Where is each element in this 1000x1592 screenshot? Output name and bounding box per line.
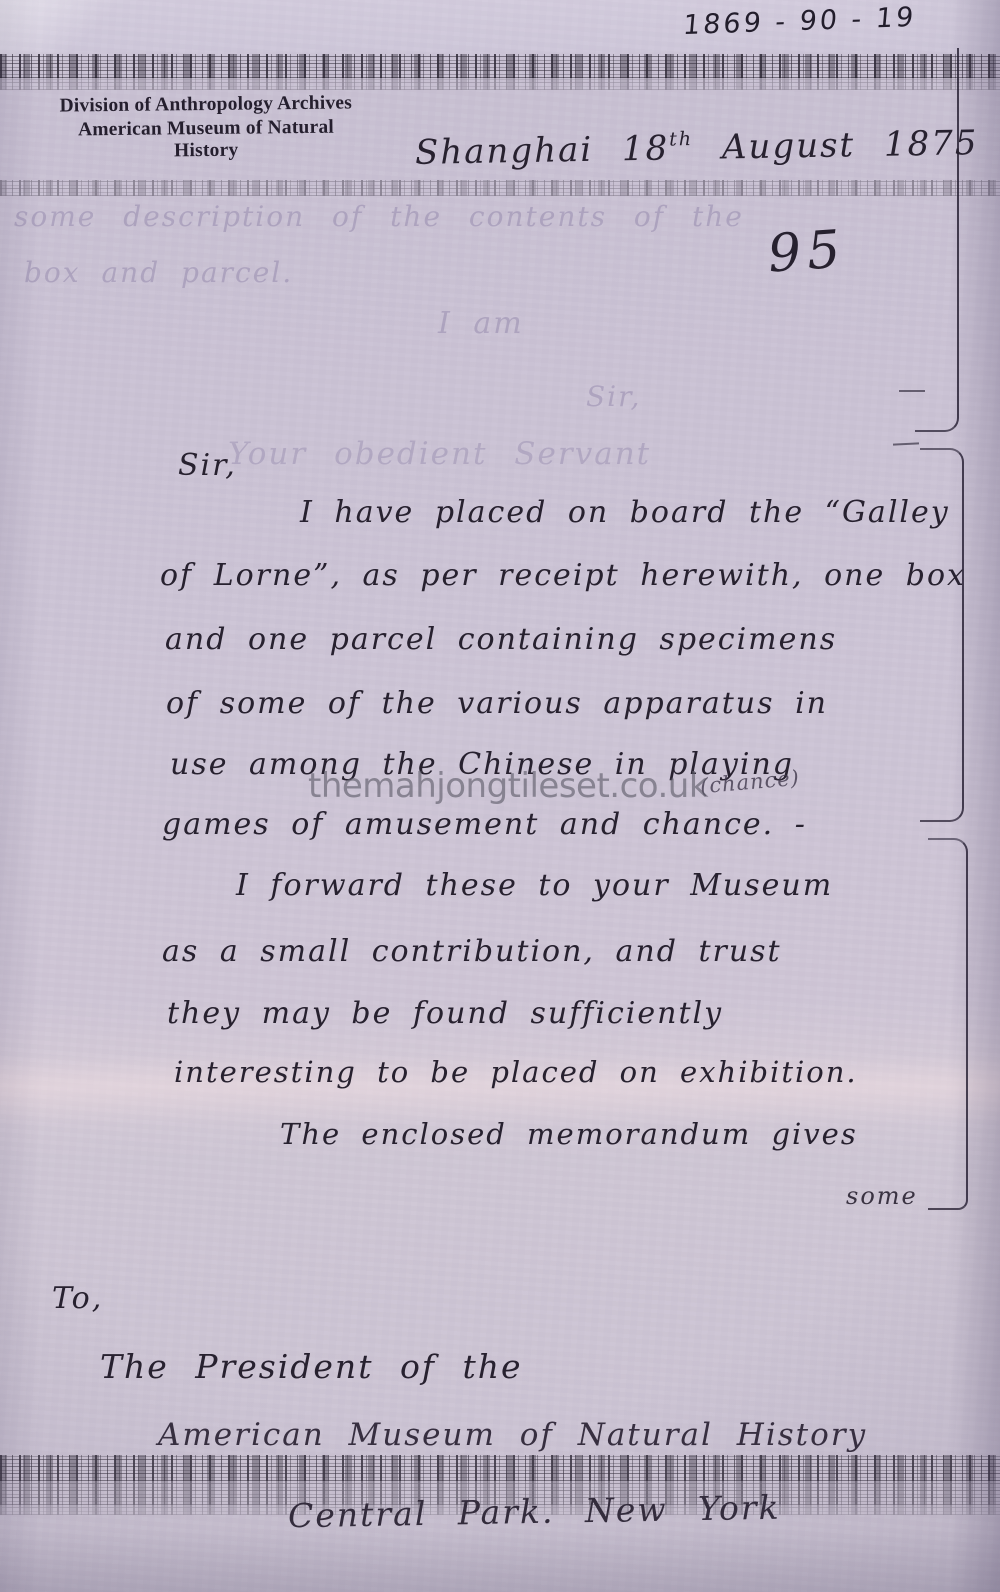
- ghost-text-line: I am: [438, 306, 524, 341]
- letter-salutation: Sir,: [178, 448, 237, 483]
- catalog-number: 1869 - 90 - 19: [682, 2, 918, 41]
- ghost-text-line: Sir,: [586, 380, 641, 413]
- scan-artifact-band: [0, 1455, 1000, 1481]
- archive-stamp-line1: Division of Anthropology Archives: [46, 92, 366, 117]
- margin-bracket-mark: [915, 48, 959, 432]
- address-line: To,: [52, 1281, 103, 1316]
- scan-artifact-band: [0, 54, 1000, 78]
- letter-line: of Lorne”, as per receipt herewith, one …: [160, 558, 966, 593]
- address-line: Central Park. New York: [288, 1488, 781, 1536]
- archive-stamp: Division of Anthropology Archives Americ…: [46, 92, 367, 163]
- scan-artifact-band: [0, 77, 1000, 90]
- letter-line: of some of the various apparatus in: [166, 686, 828, 721]
- margin-dash-mark: [899, 390, 925, 392]
- address-line: American Museum of Natural History: [158, 1417, 867, 1453]
- page-number: 95: [766, 219, 848, 284]
- corner-highlight: [0, 0, 120, 70]
- letter-line: I have placed on board the “Galley: [300, 495, 950, 530]
- letter-line: and one parcel containing specimens: [165, 622, 837, 657]
- dateline-place-day: Shanghai 18: [415, 128, 670, 172]
- dateline-ordinal: th: [669, 128, 693, 150]
- letter-line: interesting to be placed on exhibition.: [174, 1055, 858, 1089]
- scan-artifact-band: [0, 180, 1000, 196]
- letter-line: The enclosed memorandum gives: [280, 1117, 858, 1151]
- archive-stamp-line2: American Museum of Natural History: [46, 116, 366, 163]
- ghost-text-line: Your obedient Servant: [228, 436, 651, 472]
- letter-line: games of amusement and chance. -: [162, 807, 807, 842]
- margin-bracket-mark: [928, 838, 968, 1210]
- letter-dateline: Shanghai 18th August 1875: [415, 123, 979, 173]
- scanned-letter-page: 1869 - 90 - 19 Division of Anthropology …: [0, 0, 1000, 1592]
- address-line: The President of the: [100, 1347, 523, 1386]
- ghost-text-line: box and parcel.: [24, 256, 293, 289]
- ghost-text-line: some description of the contents of the: [14, 200, 744, 233]
- catchword: some: [846, 1182, 918, 1210]
- margin-dash-mark: [893, 442, 919, 445]
- dateline-rest: August 1875: [693, 123, 979, 168]
- site-watermark: themahjongtileset.co.uk: [308, 766, 708, 806]
- letter-line: I forward these to your Museum: [236, 868, 833, 903]
- letter-line: they may be found sufficiently: [167, 996, 723, 1031]
- letter-line: as a small contribution, and trust: [162, 934, 782, 969]
